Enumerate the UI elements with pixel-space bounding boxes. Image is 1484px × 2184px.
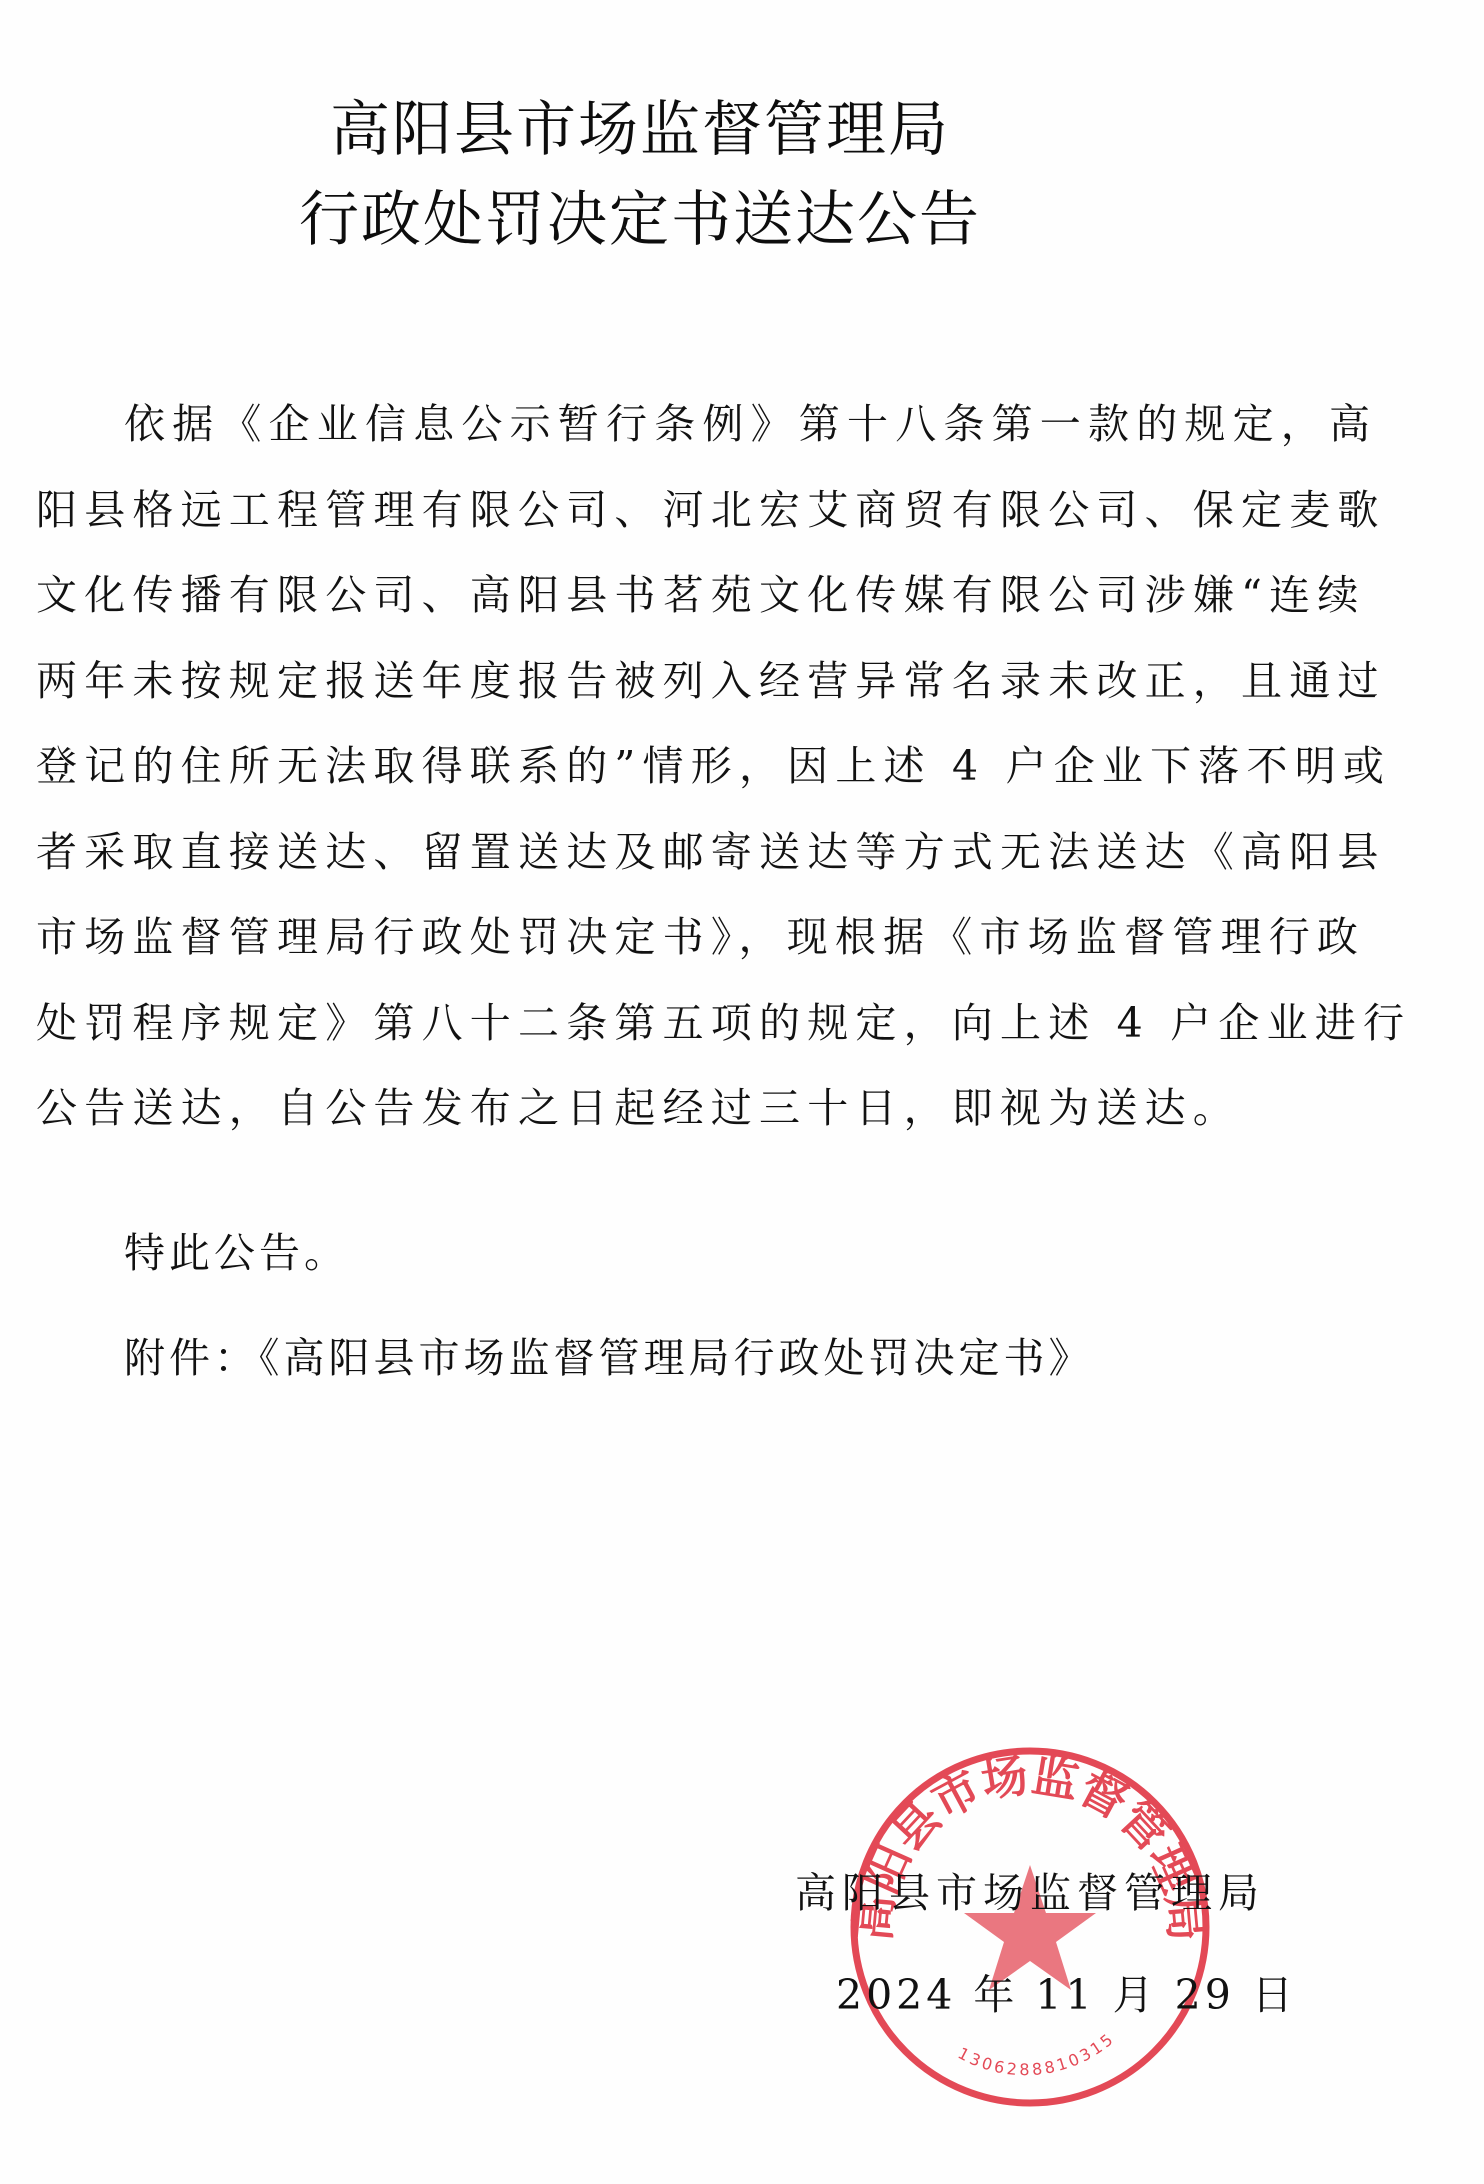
closing-statement: 特此公告。 [124, 1220, 349, 1279]
body-line: 登记的住所无法取得联系的”情形，因上述 4 户企业下落不明或 [36, 724, 1236, 810]
document-page: 高阳县市场监督管理局 行政处罚决定书送达公告 依据《企业信息公示暂行条例》第十八… [0, 0, 1484, 2184]
body-line: 公告送达，自公告发布之日起经过三十日，即视为送达。 [36, 1066, 1236, 1152]
document-title-line2: 行政处罚决定书送达公告 [0, 190, 1280, 250]
body-line: 者采取直接送达、留置送达及邮寄送达等方式无法送达《高阳县 [36, 810, 1236, 896]
issuing-authority-signature: 高阳县市场监督管理局 [795, 1860, 1265, 1919]
issue-date: 2024 年 11 月 29 日 [836, 1962, 1297, 2021]
body-line: 阳县格远工程管理有限公司、河北宏艾商贸有限公司、保定麦歌 [36, 468, 1236, 554]
official-seal-icon: 高阳县市场监督管理局 1306288810315 [845, 1745, 1215, 2110]
announcement-body: 依据《企业信息公示暂行条例》第十八条第一款的规定，高 阳县格远工程管理有限公司、… [36, 382, 1236, 1152]
body-line: 处罚程序规定》第八十二条第五项的规定，向上述 4 户企业进行 [36, 981, 1236, 1067]
body-line: 市场监督管理局行政处罚决定书》，现根据《市场监督管理行政 [36, 895, 1236, 981]
body-line: 两年未按规定报送年度报告被列入经营异常名录未改正，且通过 [36, 639, 1236, 725]
document-title-line1: 高阳县市场监督管理局 [0, 100, 1280, 160]
body-line: 文化传播有限公司、高阳县书茗苑文化传媒有限公司涉嫌“连续 [36, 553, 1236, 639]
attachment-reference: 附件：《高阳县市场监督管理局行政处罚决定书》 [124, 1325, 1094, 1384]
body-line: 依据《企业信息公示暂行条例》第十八条第一款的规定，高 [36, 382, 1236, 468]
svg-text:1306288810315: 1306288810315 [955, 2028, 1119, 2079]
